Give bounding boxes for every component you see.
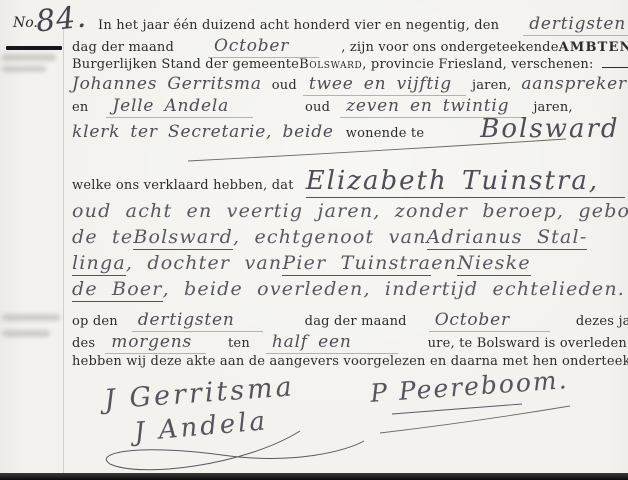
bleed-through-mark [2,66,46,72]
line-deceased-name: welke ons verklaard hebben, dat Elizabet… [72,166,620,198]
printed-text: , zijn voor ons ondergeteekende [341,40,558,55]
line-deceased-details-2: de te Bolsward , echtgenoot van Adrianus… [72,226,620,250]
handwritten-mother-name: Nieske [457,252,531,276]
record-number-value: 84. [34,0,88,40]
printed-text: dag der maand [72,40,174,55]
signature-declarant-2: J Andela [133,406,269,448]
handwritten-spouse-name: linga [72,252,126,276]
printed-text: jaren, [472,78,511,93]
line-year: In het jaar één duizend acht honderd vie… [98,14,620,36]
line-gemeente: Burgerlijken Stand der gemeente Bolsward… [72,57,620,72]
line-deceased-details-3: linga , dochter van Pier Tuinstra en Nie… [72,252,620,276]
printed-text: oud [305,100,330,115]
record-number-label: No. [13,15,38,31]
handwritten-hour: half een [266,332,398,354]
handwritten-month: October [429,310,550,332]
printed-text: , provincie Friesland, verschenen: [362,57,593,72]
handwritten-month: October [208,36,319,58]
line-deceased-details-4: de Boer , beide overleden, indertijd ech… [72,278,620,302]
printed-text: Burgerlijken Stand der gemeente [72,57,299,72]
handwritten-declarant-name: Johannes Gerritsma [72,74,262,94]
printed-text: ten [228,336,250,351]
handwritten-day: dertigsten [132,310,263,332]
handwritten-father-name: Pier Tuinstra [282,252,431,276]
bleed-through-mark [2,330,50,337]
bleed-through-mark [2,54,56,61]
handwritten-text: , beide overleden, indertijd echtelieden… [163,278,628,300]
margin-rule [63,28,64,473]
handwritten-text: de te [72,226,133,248]
line-residence: klerk ter Secretarie, beide wonende te B… [72,114,620,144]
handwritten-age: twee en vijftig [303,74,466,96]
printed-text: dag der maand [305,314,407,329]
handwritten-day: dertigsten [523,14,628,36]
death-record-scan: No. 84. In het jaar één duizend acht hon… [0,0,628,480]
handwritten-mother-name: de Boer [72,278,163,302]
handwritten-text: en [431,252,457,274]
line-death-time: des morgens ten half een ure, te Bolswar… [72,332,620,354]
handwritten-residence: Bolsward [480,114,619,144]
printed-text: op den [72,314,118,329]
printed-text: en [72,100,88,115]
record-number-rule [6,46,62,50]
printed-text: oud [272,78,297,93]
printed-text: wonende te [346,126,424,141]
printed-text: welke ons verklaard hebben, dat [72,178,294,193]
line-month: dag der maand October , zijn voor ons on… [72,36,620,58]
handwritten-text: , dochter van [126,252,282,274]
handwritten-occupation: aanspreker [521,74,627,94]
printed-text: jaren, [533,100,572,115]
handwritten-deceased-name: Elizabeth Tuinstra, [306,166,625,198]
handwritten-text: oud acht en veertig jaren, zonder beroep… [72,200,628,222]
printed-text: des [72,336,95,351]
line-deceased-details-1: oud acht en veertig jaren, zonder beroep… [72,200,620,222]
printed-text: In het jaar één duizend acht honderd vie… [98,18,499,33]
blank-rule [602,67,628,68]
handwritten-place: Bolsward [133,226,233,250]
handwritten-occupation: klerk ter Secretarie, beide [72,122,334,142]
bleed-through-mark [2,314,60,321]
printed-text: dezes jaars [576,314,628,329]
printed-text: ure, te Bolsward is overleden ; en [428,336,628,351]
printed-gemeente-name: Bolsward [299,57,362,72]
scan-edge-band [0,473,628,480]
handwritten-daypart: morgens [105,332,206,354]
handwritten-text: , echtgenoot van [233,226,427,248]
line-death-date: op den dertigsten dag der maand October … [72,310,620,332]
line-declarant-1: Johannes Gerritsma oud twee en vijftig j… [72,74,620,96]
handwritten-spouse-name: Adrianus Stal- [427,226,588,250]
printed-ambtenaar: AMBTENAAR [559,40,628,55]
signature-registrar: P Peereboom. [369,365,569,408]
